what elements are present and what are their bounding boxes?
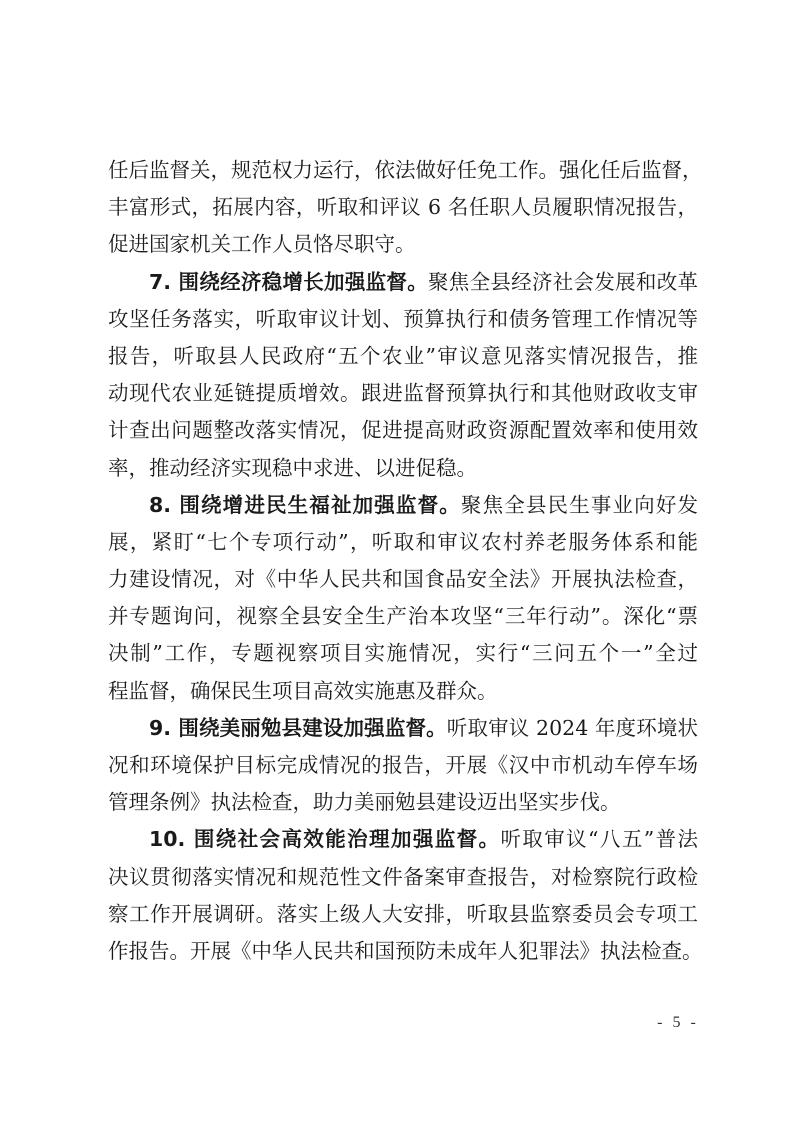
section-heading-7: 7. 围绕经济稳增长加强监督。 xyxy=(149,270,428,294)
text-line: 况和环境保护目标完成情况的报告，开展《汉中市机动车停车场 xyxy=(108,747,698,784)
text-line: 展，紧盯“七个专项行动”，听取和审议农村养老服务体系和能 xyxy=(108,524,698,561)
paragraph-9: 9. 围绕美丽勉县建设加强监督。听取审议 2024 年度环境状 况和环境保护目标… xyxy=(108,710,698,822)
text-line: 10. 围绕社会高效能治理加强监督。听取审议“八五”普法 xyxy=(108,821,698,858)
text-line: 攻坚任务落实，听取审议计划、预算执行和债务管理工作情况等 xyxy=(108,301,698,338)
text-line: 7. 围绕经济稳增长加强监督。聚焦全县经济社会发展和改革 xyxy=(108,264,698,301)
paragraph-8: 8. 围绕增进民生福祉加强监督。聚焦全县民生事业向好发 展，紧盯“七个专项行动”… xyxy=(108,487,698,710)
text-line: 促进国家机关工作人员恪尽职守。 xyxy=(108,226,698,263)
page-number: - 5 - xyxy=(648,1014,708,1032)
text-line: 决制”工作，专题视察项目实施情况，实行“三问五个一”全过 xyxy=(108,635,698,672)
text-line: 丰富形式，拓展内容，听取和评议 6 名任职人员履职情况报告， xyxy=(108,189,698,226)
document-body: 任后监督关，规范权力运行，依法做好任免工作。强化任后监督， 丰富形式，拓展内容，… xyxy=(108,152,698,970)
text-line: 作报告。开展《中华人民共和国预防未成年人犯罪法》执法检查。 xyxy=(108,933,698,970)
text-line: 8. 围绕增进民生福祉加强监督。聚焦全县民生事业向好发 xyxy=(108,487,698,524)
section-heading-9: 9. 围绕美丽勉县建设加强监督。 xyxy=(149,716,447,740)
text-line: 9. 围绕美丽勉县建设加强监督。听取审议 2024 年度环境状 xyxy=(108,710,698,747)
text-line: 决议贯彻落实情况和规范性文件备案审查报告，对检察院行政检 xyxy=(108,859,698,896)
text-run: 听取审议 2024 年度环境状 xyxy=(447,716,698,740)
text-line: 报告，听取县人民政府“五个农业”审议意见落实情况报告，推 xyxy=(108,338,698,375)
text-line: 任后监督关，规范权力运行，依法做好任免工作。强化任后监督， xyxy=(108,152,698,189)
paragraph-7: 7. 围绕经济稳增长加强监督。聚焦全县经济社会发展和改革 攻坚任务落实，听取审议… xyxy=(108,264,698,487)
text-line: 管理条例》执法检查，助力美丽勉县建设迈出坚实步伐。 xyxy=(108,784,698,821)
paragraph-continued: 任后监督关，规范权力运行，依法做好任免工作。强化任后监督， 丰富形式，拓展内容，… xyxy=(108,152,698,264)
text-line: 动现代农业延链提质增效。跟进监督预算执行和其他财政收支审 xyxy=(108,375,698,412)
text-line: 察工作开展调研。落实上级人大安排，听取县监察委员会专项工 xyxy=(108,896,698,933)
text-line: 力建设情况，对《中华人民共和国食品安全法》开展执法检查， xyxy=(108,561,698,598)
text-run: 聚焦全县民生事业向好发 xyxy=(461,493,698,517)
section-heading-10: 10. 围绕社会高效能治理加强监督。 xyxy=(149,827,500,851)
text-run: 聚焦全县经济社会发展和改革 xyxy=(428,270,698,294)
section-heading-8: 8. 围绕增进民生福祉加强监督。 xyxy=(149,493,461,517)
document-page: 任后监督关，规范权力运行，依法做好任免工作。强化任后监督， 丰富形式，拓展内容，… xyxy=(0,0,793,1122)
paragraph-10: 10. 围绕社会高效能治理加强监督。听取审议“八五”普法 决议贯彻落实情况和规范… xyxy=(108,821,698,970)
text-run: 听取审议“八五”普法 xyxy=(500,827,698,851)
text-line: 率，推动经济实现稳中求进、以进促稳。 xyxy=(108,450,698,487)
text-line: 计查出问题整改落实情况，促进提高财政资源配置效率和使用效 xyxy=(108,412,698,449)
text-line: 并专题询问，视察全县安全生产治本攻坚“三年行动”。深化“票 xyxy=(108,598,698,635)
text-line: 程监督，确保民生项目高效实施惠及群众。 xyxy=(108,673,698,710)
